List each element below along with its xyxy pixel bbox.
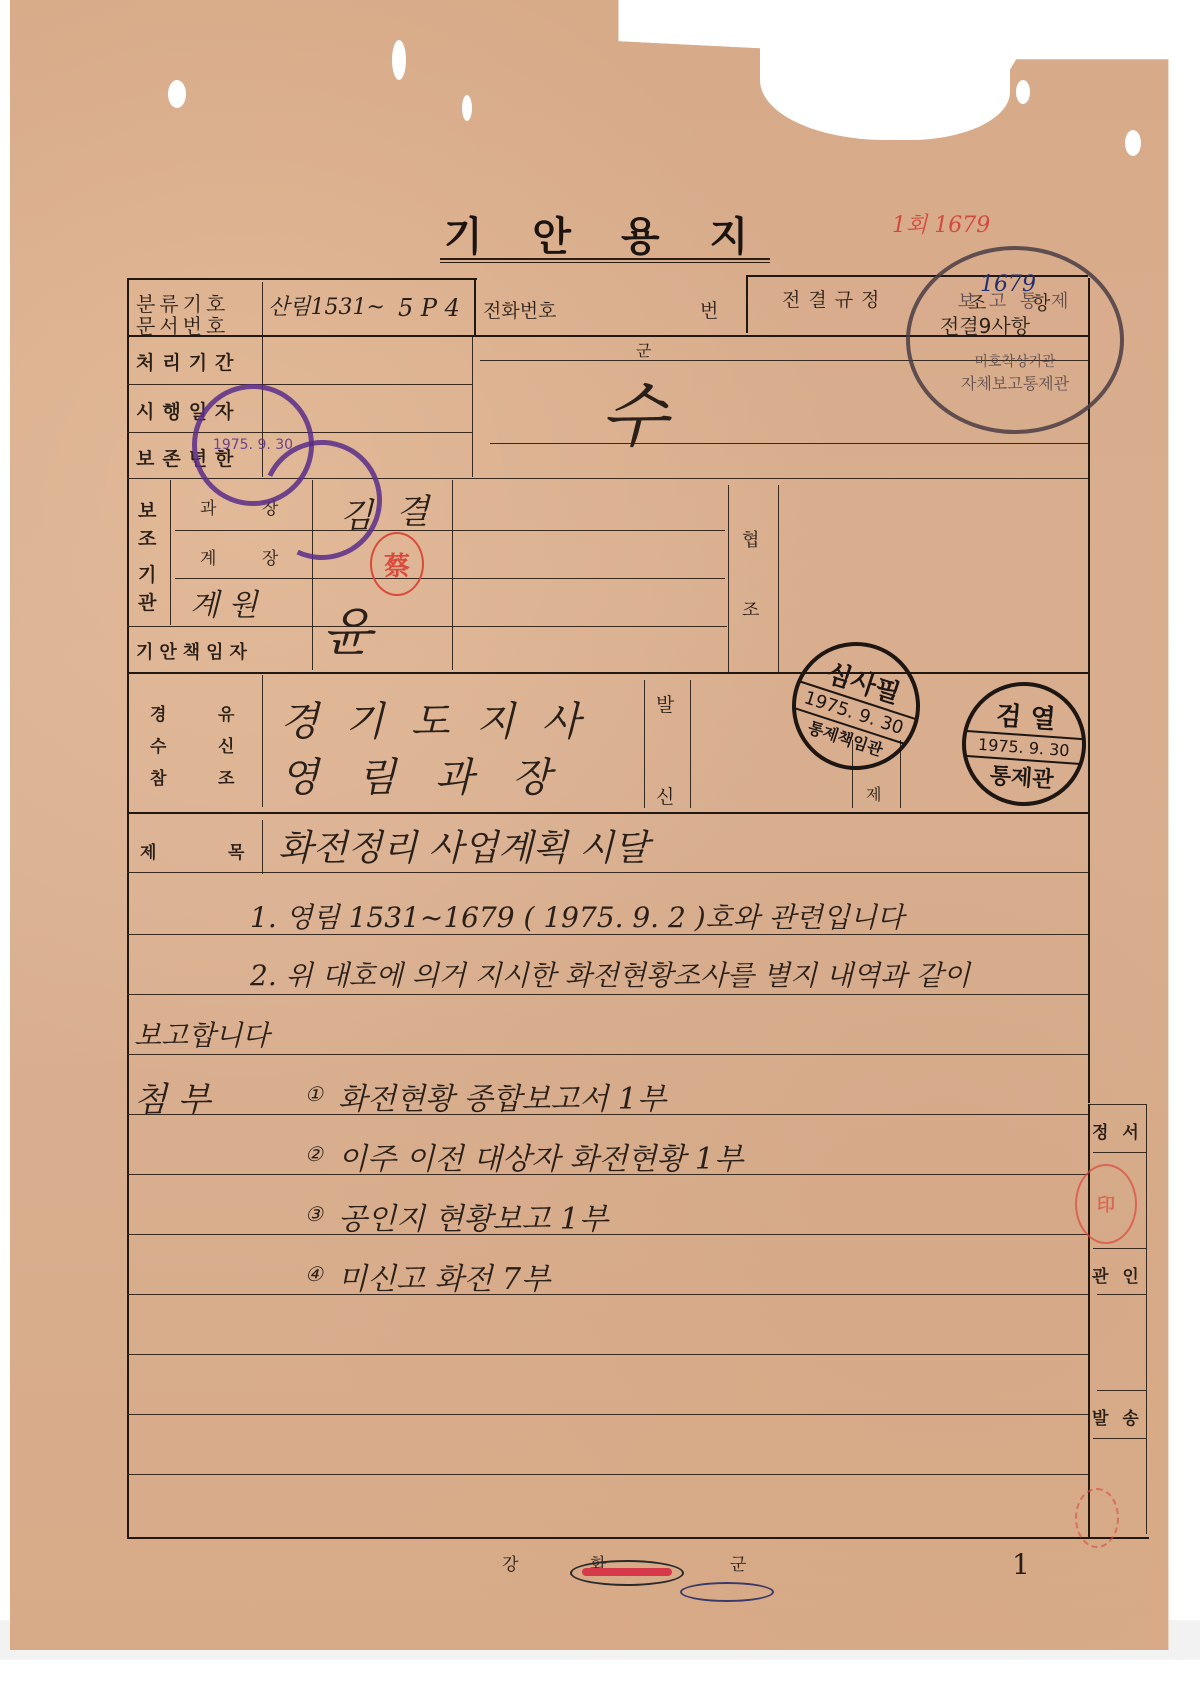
left-block-divider [472, 337, 473, 477]
recipients-divider [690, 680, 691, 808]
processing-period-label: 처리기간 [136, 348, 241, 375]
phone-label: 전화번호 [483, 296, 556, 323]
row-line [127, 384, 472, 385]
recipient-label-b: 신 [218, 732, 234, 757]
body-line-2: 2. 위 대호에 의거 지시한 화전현황조사를 별지 내역과 같이 [250, 954, 970, 994]
inspection-stamp-top: 검 열 [995, 695, 1057, 736]
paper-tear-hole [1125, 130, 1141, 156]
team-chief-label: 계 장 [200, 544, 278, 569]
assist-org-label-2: 조 [138, 524, 156, 551]
ruled-line [127, 1294, 1088, 1295]
cooperation-label-bottom: 조 [742, 596, 759, 622]
row-line [175, 530, 725, 531]
blue-scribble [570, 1560, 684, 1586]
document-number-value: 산림1531~ [268, 290, 385, 321]
paper-tear-hole [760, 20, 1010, 140]
title-underline [440, 258, 770, 263]
header-divider [474, 280, 476, 335]
paper-tear-hole [1016, 80, 1030, 104]
staff-handwritten: 계 원 [190, 580, 258, 624]
ruled-line [127, 1474, 1088, 1475]
attachment-marker: ① [305, 1082, 323, 1106]
inspection-stamp-bottom: 통제관 [989, 758, 1055, 793]
receipt-stamp-outer: 보 고 통 제 [958, 287, 1073, 313]
attachment-marker: ③ [305, 1202, 323, 1226]
dispatch-label: 발 송 [1092, 1404, 1143, 1429]
paper-tear-hole [392, 40, 406, 80]
attachment-marker: ② [305, 1142, 323, 1166]
drafter-signature: 윤 [322, 590, 372, 665]
form-bottom-border [127, 1537, 1149, 1539]
assist-divider [778, 485, 779, 673]
assist-divider [452, 480, 453, 670]
dispatch-seal [1075, 1488, 1119, 1548]
attachment-marker: ④ [305, 1262, 323, 1286]
paper-tear-hole [168, 80, 186, 108]
page-number: 1 [1012, 1548, 1030, 1581]
sender-label-bottom: 신 [656, 782, 674, 809]
approval-county-label: 군 [636, 338, 651, 361]
ruled-line [127, 1354, 1088, 1355]
footer-county-prefix: 강 [502, 1550, 518, 1575]
footer-county-suffix: 군 [730, 1550, 746, 1575]
approval-signature: 수 [600, 360, 668, 461]
row-line [175, 578, 725, 579]
assist-org-label-1: 보 [138, 496, 156, 523]
reference-value: 영 림 과 장 [280, 746, 551, 803]
side-line [1090, 1104, 1146, 1105]
fair-copy-seal: 印 [1075, 1164, 1137, 1244]
side-line [1097, 1294, 1146, 1295]
attachment-label: 첨 부 [134, 1072, 211, 1121]
receipt-stamp: 보 고 통 제 미호착상기관 자체보고통제관 [906, 246, 1124, 434]
attachment-item: 미신고 화전 7부 [338, 1254, 550, 1298]
row-line [127, 672, 1088, 674]
subject-value: 화전정리 사업계획 시달 [278, 820, 649, 871]
header-divider [262, 282, 263, 335]
document-number-suffix: 5 P 4 [398, 294, 460, 322]
attachment-item: 공인지 현황보고 1부 [338, 1194, 608, 1238]
row-line [127, 812, 1088, 814]
assist-divider [170, 480, 171, 625]
page-title: 기 안 용 지 [440, 205, 770, 262]
ruled-line [127, 1414, 1088, 1415]
via-label-a: 경 [150, 700, 166, 725]
inspection-stamp-date: 1975. 9. 30 [965, 729, 1083, 764]
recipient-label-a: 수 [150, 732, 166, 757]
body-line-3: 보고합니다 [134, 1014, 269, 1054]
assist-org-label-3: 기 [138, 560, 156, 587]
drafter-label: 기안책임자 [136, 638, 253, 664]
side-line [1093, 1152, 1146, 1153]
paper-tear-hole [462, 95, 472, 121]
phone-unit: 번 [700, 296, 718, 323]
sender-label-top: 발 [656, 690, 674, 717]
reference-label-b: 조 [218, 764, 234, 789]
recipients-divider [262, 675, 263, 807]
receipt-stamp-inner: 미호착상기관 [974, 351, 1055, 371]
side-line [1093, 1248, 1146, 1249]
purple-stamp-date: 1975. 9. 30 [213, 437, 293, 453]
ruled-line [127, 994, 1088, 995]
subject-divider [262, 820, 263, 874]
side-line [1097, 1390, 1146, 1391]
assist-org-label-4: 관 [138, 588, 156, 615]
issue-label: 제 [866, 782, 881, 805]
row-line [127, 872, 1088, 873]
header-divider [746, 275, 748, 333]
cooperation-label-top: 협 [742, 526, 759, 552]
recipient-value: 경 기 도 지 사 [280, 690, 580, 747]
row-line [127, 626, 727, 627]
body-line-1: 1. 영림 1531~1679 ( 1975. 9. 2 )호와 관련입니다 [250, 896, 904, 936]
reference-label-a: 참 [150, 764, 166, 789]
row-line [490, 443, 1088, 444]
ruled-line [127, 1054, 1088, 1055]
approval-rule-label: 전결규정 [782, 285, 887, 312]
subject-label-a: 제 [140, 838, 156, 863]
red-annotation: 1회 1679 [892, 208, 990, 239]
side-column-right [1146, 1104, 1147, 1534]
subject-label-b: 목 [228, 838, 244, 863]
red-personal-seal: 蔡 [370, 532, 424, 596]
team-chief-signature: 결 [396, 484, 429, 533]
side-line [1093, 1438, 1146, 1439]
blue-scribble [680, 1582, 774, 1602]
via-label-b: 유 [218, 700, 234, 725]
form-left-border [127, 278, 129, 1538]
control-seal-label: 관 인 [1092, 1262, 1143, 1287]
assist-divider [728, 485, 729, 673]
attachment-item: 화전현황 종합보고서 1부 [338, 1074, 666, 1118]
recipients-divider [644, 680, 645, 808]
attachment-item: 이주 이전 대상자 화전현황 1부 [338, 1134, 743, 1178]
header-top-line [127, 278, 477, 280]
document-number-label: 문서번호 [136, 310, 229, 339]
receipt-stamp-bottom: 자체보고통제관 [961, 371, 1069, 394]
fair-copy-label: 정 서 [1092, 1118, 1143, 1143]
